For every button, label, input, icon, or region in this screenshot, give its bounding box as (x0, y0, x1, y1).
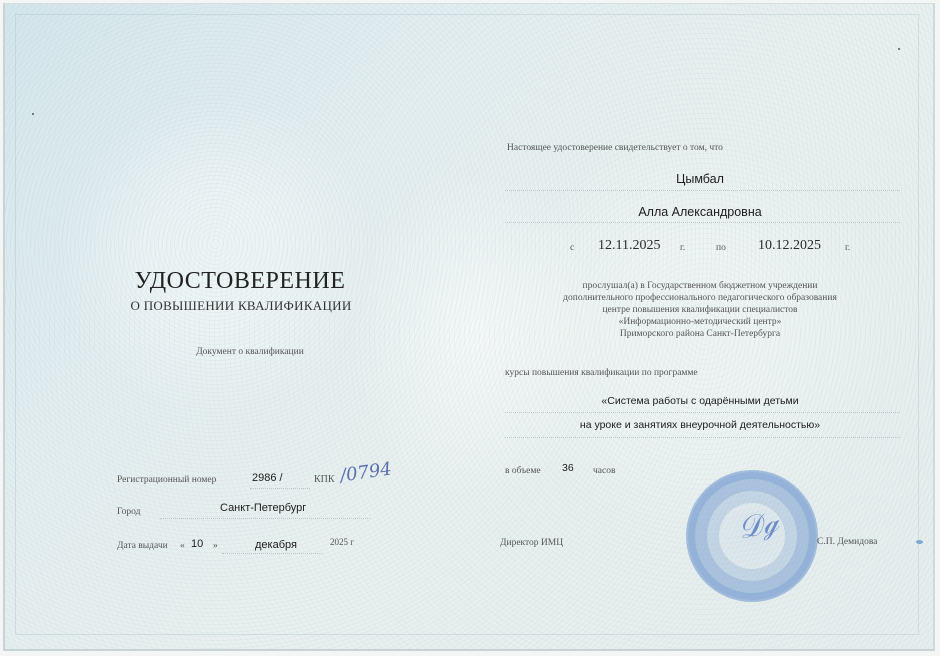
rule (505, 437, 900, 438)
volume-hours: 36 (562, 462, 574, 474)
reg-number-label: Регистрационный номер (117, 475, 216, 485)
year-suffix-to: г. (845, 243, 850, 253)
director-name: С.П. Демидова (817, 537, 877, 547)
issue-day-close-quote: » (213, 541, 218, 551)
hours-label: часов (593, 466, 615, 476)
program-title-line-2: на уроке и занятиях внеурочной деятельно… (490, 419, 910, 431)
rule (222, 553, 322, 554)
intro-text: Настоящее удостоверение свидетельствует … (507, 143, 723, 153)
document-type: Документ о квалификации (180, 347, 320, 357)
institution-block: прослушал(а) в Государственном бюджетном… (500, 280, 900, 340)
rule (505, 222, 900, 223)
rule (250, 488, 310, 489)
date-from: 12.11.2025 (598, 238, 660, 254)
rule (505, 412, 900, 413)
name-patronymic: Алла Александровна (490, 205, 910, 219)
volume-label: в объеме (505, 466, 541, 476)
institution-line: прослушал(а) в Государственном бюджетном… (500, 280, 900, 292)
issue-day-open-quote: « (180, 541, 185, 551)
program-title-line-1: «Система работы с одарёнными детьми (490, 395, 910, 407)
certificate-title: УДОСТОВЕРЕНИЕ (118, 268, 362, 295)
issue-date-label: Дата выдачи (117, 541, 168, 551)
scan-speck (898, 48, 900, 50)
issue-month: декабря (255, 539, 297, 551)
year-suffix-from: г. (680, 243, 685, 253)
city-label: Город (117, 507, 140, 517)
kpk-label: КПК (314, 474, 335, 485)
institution-line: Приморского района Санкт-Петербурга (500, 328, 900, 340)
reg-number-value: 2986 / (252, 472, 283, 484)
to-label: по (716, 243, 726, 253)
institution-line: дополнительного профессионального педаго… (500, 292, 900, 304)
institution-line: центре повышения квалификации специалист… (500, 304, 900, 316)
date-to: 10.12.2025 (758, 238, 821, 254)
institution-line: «Информационно-методический центр» (500, 316, 900, 328)
city-value: Санкт-Петербург (220, 502, 306, 514)
scan-speck (32, 113, 34, 115)
issue-day: 10 (191, 538, 203, 550)
rule (505, 190, 900, 191)
rule (160, 518, 370, 519)
director-label: Директор ИМЦ (500, 538, 563, 548)
surname: Цымбал (490, 172, 910, 186)
certificate-subtitle: О ПОВЫШЕНИИ КВАЛИФИКАЦИИ (106, 298, 376, 314)
from-label: с (570, 243, 574, 253)
issue-year: 2025 г (330, 537, 354, 547)
edge-marker (916, 540, 923, 544)
program-label: курсы повышения квалификации по программ… (505, 368, 698, 378)
